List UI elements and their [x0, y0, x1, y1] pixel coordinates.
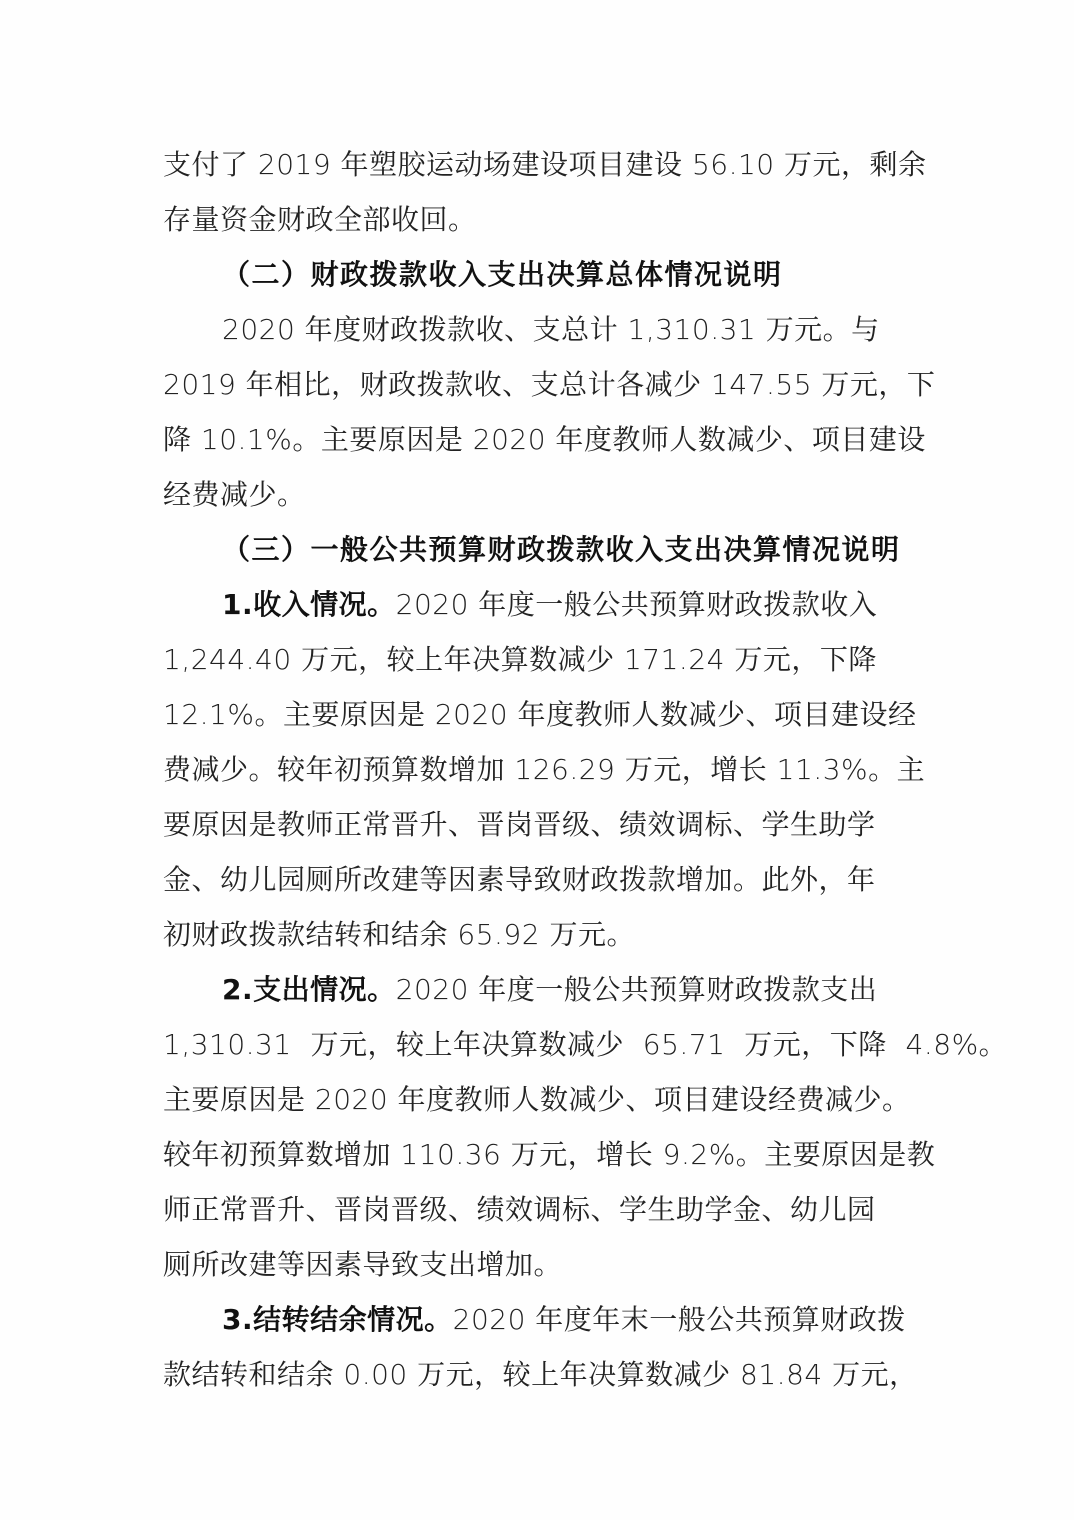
- body-text-line: 2020 年度财政拨款收、支总计 1,310.31 万元。与: [222, 310, 880, 350]
- body-text-line: 初财政拨款结转和结余 65.92 万元。: [163, 915, 635, 955]
- body-text-line: 要原因是教师正常晋升、晋岗晋级、绩效调标、学生助学: [163, 805, 876, 845]
- section-heading-3: （三）一般公共预算财政拨款收入支出决算情况说明: [222, 530, 901, 570]
- body-text-line: 1.收入情况。2020 年度一般公共预算财政拨款收入: [222, 585, 877, 625]
- subsection-lead-expenditure: 2.支出情况。: [222, 973, 396, 1006]
- body-text-line: 费减少。较年初预算数增加 126.29 万元，增长 11.3%。主: [163, 750, 925, 790]
- body-text-line: 款结转和结余 0.00 万元，较上年决算数减少 81.84 万元，: [163, 1355, 918, 1395]
- subsection-lead-income: 1.收入情况。: [222, 588, 396, 621]
- document-page: 支付了 2019 年塑胶运动场建设项目建设 56.10 万元，剩余 存量资金财政…: [0, 0, 1074, 1520]
- body-text-line: 厕所改建等因素导致支出增加。: [163, 1245, 562, 1285]
- body-text-line: 师正常晋升、晋岗晋级、绩效调标、学生助学金、幼儿园: [163, 1190, 876, 1230]
- body-text-line: 较年初预算数增加 110.36 万元，增长 9.2%。主要原因是教: [163, 1135, 935, 1175]
- body-text-line: 主要原因是 2020 年度教师人数减少、项目建设经费减少。: [163, 1080, 911, 1120]
- body-text: 2020 年度年末一般公共预算财政拨: [453, 1303, 906, 1336]
- subsection-lead-carryover: 3.结转结余情况。: [222, 1303, 453, 1336]
- body-text: 2020 年度一般公共预算财政拨款收入: [396, 588, 878, 621]
- body-text-line: 金、幼儿园厕所改建等因素导致财政拨款增加。此外，年: [163, 860, 876, 900]
- body-text-line: 1,310.31 万元，较上年决算数减少 65.71 万元，下降 4.8%。: [163, 1025, 1007, 1065]
- section-heading-2: （二）财政拨款收入支出决算总体情况说明: [222, 255, 783, 295]
- body-text-line: 经费减少。: [163, 475, 306, 515]
- body-text-line: 降 10.1%。主要原因是 2020 年度教师人数减少、项目建设: [163, 420, 926, 460]
- body-text: 2020 年度一般公共预算财政拨款支出: [396, 973, 878, 1006]
- body-text-line: 存量资金财政全部收回。: [163, 200, 477, 240]
- body-text-line: 支付了 2019 年塑胶运动场建设项目建设 56.10 万元，剩余: [163, 145, 927, 185]
- body-text-line: 3.结转结余情况。2020 年度年末一般公共预算财政拨: [222, 1300, 906, 1340]
- body-text-line: 12.1%。主要原因是 2020 年度教师人数减少、项目建设经: [163, 695, 917, 735]
- body-text-line: 2019 年相比，财政拨款收、支总计各减少 147.55 万元，下: [163, 365, 935, 405]
- body-text-line: 1,244.40 万元，较上年决算数减少 171.24 万元，下降: [163, 640, 877, 680]
- body-text-line: 2.支出情况。2020 年度一般公共预算财政拨款支出: [222, 970, 877, 1010]
